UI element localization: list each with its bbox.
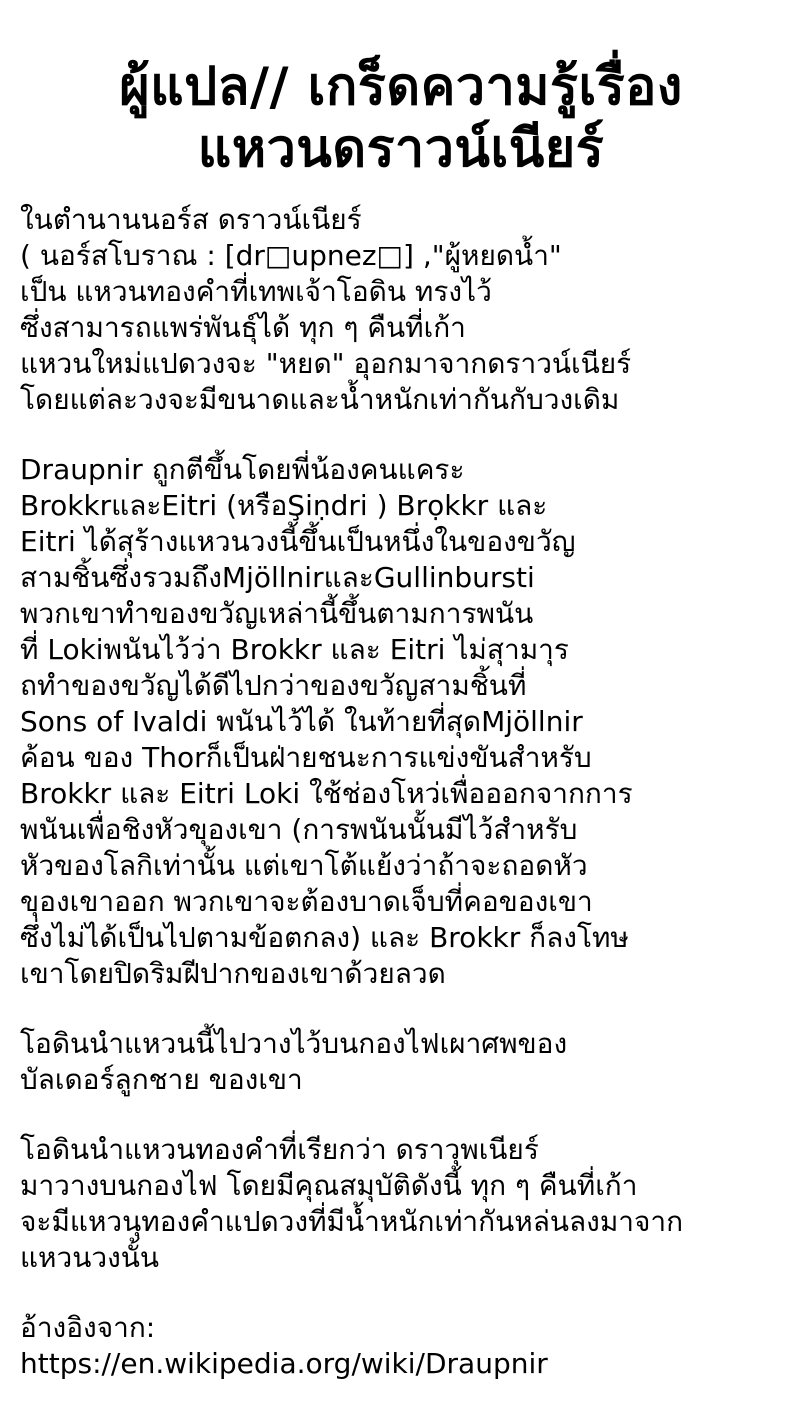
reference-section: อ้างอิงจาก: https://en.wikipedia.org/wik… — [20, 1310, 782, 1382]
text-line: ที่ Lokiพนันไว้ว่า Brokkr และ Eitri ไม่ส… — [20, 632, 782, 668]
document-body: ในตำนานนอร์ส ดราวน์เนียร์ ( นอร์สโบราณ :… — [20, 202, 782, 1382]
text-line: Eitri ได้สุร้างแหวนวงนี้ขึ้นเป็นหนึ่งในข… — [20, 524, 782, 560]
text-line: ( นอร์สโบราณ : [dr□upnez□] ,"ผู้หยดน้ำ" — [20, 238, 782, 274]
paragraph-ring-property: โอดินนำแหวนทองคำที่เรียกว่า ดราวุพเนียร์… — [20, 1132, 782, 1276]
text-line: บัลเดอร์ลูกชาย ของเขา — [20, 1062, 782, 1098]
text-line: มาวางบนกองไฟ โดยมีคุณสมุบัติดังนี้ ทุก ๆ… — [20, 1168, 782, 1204]
text-line: เป็น แหวนทองคำที่เทพเจ้าโอดิน ทรงไว้ — [20, 274, 782, 310]
text-line: Sons of Ivaldi พนันไว้ได้ ในท้ายที่สุดMj… — [20, 704, 782, 740]
text-line: เขาโดยปิดริมฝีปากของเขาด้วยลวด — [20, 956, 782, 992]
text-line: Brokkr และ Eitri Loki ใช้ช่องโหว่เพื่อออ… — [20, 776, 782, 812]
text-line: โดยแต่ละวงจะมีขนาดและน้ำหนักเท่ากันกับวง… — [20, 382, 782, 418]
text-line: สามชิ้นซึ่งรวมถึงMjöllnirและGullinbursti — [20, 560, 782, 596]
text-line: พนันเพื่อชิงหัวขุองเขา (การพนันนั้นมีไว้… — [20, 812, 782, 848]
paragraph-funeral-pyre: โอดินนำแหวนนี้ไปวางไว้บนกองไฟเผาศพของ บั… — [20, 1026, 782, 1098]
text-line: BrokkrและEitri (หรือŞiṇdri ) Brọkkr และ — [20, 488, 782, 524]
text-line: พวกเขาทำของขวัญเหล่านี้ขึ้นตามการพนัน — [20, 596, 782, 632]
text-line: ซึ่งไม่ได้เป็นไปตามข้อตกลง) และ Brokkr ก… — [20, 920, 782, 956]
text-line: โอดินนำแหวนทองคำที่เรียกว่า ดราวุพเนียร์ — [20, 1132, 782, 1168]
text-line: หัวของโลกิเท่านั้น แต่เขาโต้แย้งว่าถ้าจะ… — [20, 848, 782, 884]
text-line: แหวนใหม่แปดวงจะ "หยด" อุอกมาจากดราวน์เนี… — [20, 346, 782, 382]
text-line: Draupnir ถูกตีขึ้นโดยพี่น้องคนแคระ — [20, 452, 782, 488]
reference-label: อ้างอิงจาก: — [20, 1310, 782, 1346]
text-line: ขุองเขาออก พวกเขาจะต้องบาดเจ็บที่คอของเข… — [20, 884, 782, 920]
page-title-line-1: ผู้แปล// เกร็ดความรู้เรื่อง — [20, 56, 782, 118]
text-line: จะมีแหวนุทองคำแปดวงที่มีน้ำหนักเท่ากันหล… — [20, 1204, 782, 1240]
text-line: ถทำของขวัญได้ดีไปกว่าของขวัญสามชิ้นที่ — [20, 668, 782, 704]
text-line: ในตำนานนอร์ส ดราวน์เนียร์ — [20, 202, 782, 238]
text-line: ซึ่งสามารถแพร่พันธุ์ได้ ทุก ๆ คืนที่เก้า — [20, 310, 782, 346]
page-title: ผู้แปล// เกร็ดความรู้เรื่อง แหวนดราวน์เน… — [20, 56, 782, 180]
page-title-line-2: แหวนดราวน์เนียร์ — [20, 118, 782, 180]
text-line: แหวนวงนั้น — [20, 1240, 782, 1276]
text-line: โอดินนำแหวนนี้ไปวางไว้บนกองไฟเผาศพของ — [20, 1026, 782, 1062]
paragraph-intro: ในตำนานนอร์ส ดราวน์เนียร์ ( นอร์สโบราณ :… — [20, 202, 782, 418]
text-line: ค้อน ของ Thorก็เป็นฝ่ายชนะการแข่งขันสำหร… — [20, 740, 782, 776]
document-page: ผู้แปล// เกร็ดความรู้เรื่อง แหวนดราวน์เน… — [0, 0, 800, 1382]
paragraph-forging-story: Draupnir ถูกตีขึ้นโดยพี่น้องคนแคระ Brokk… — [20, 452, 782, 992]
reference-url[interactable]: https://en.wikipedia.org/wiki/Draupnir — [20, 1346, 782, 1382]
